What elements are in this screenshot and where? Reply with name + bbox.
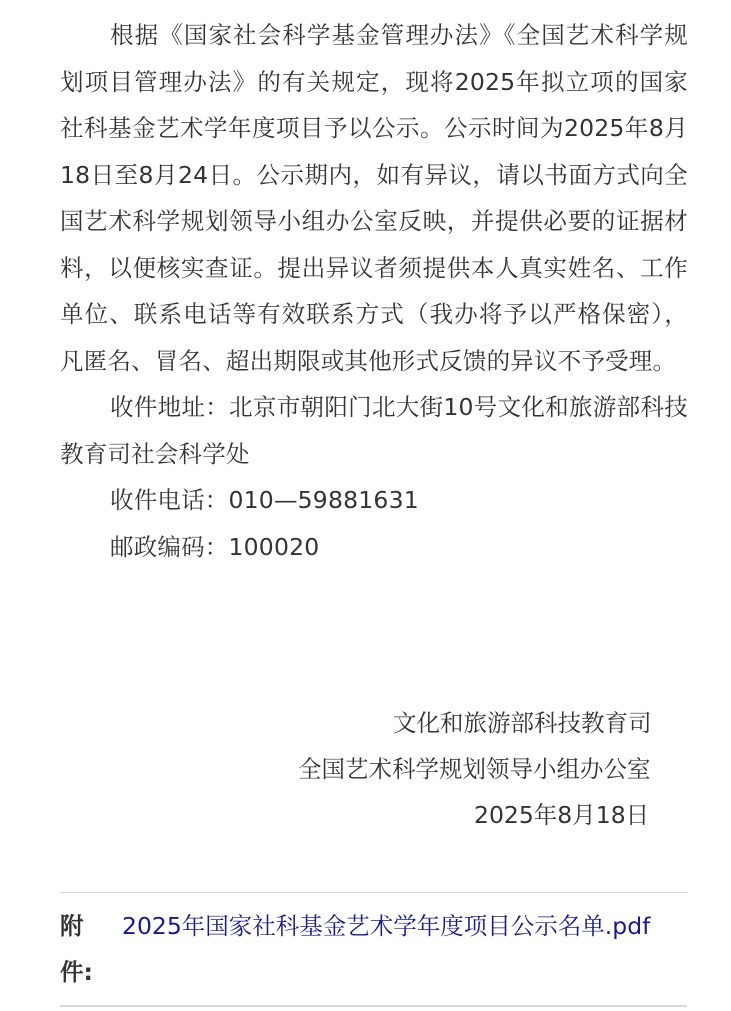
contact-phone: 收件电话：010—59881631 — [60, 477, 688, 524]
main-paragraph: 根据《国家社会科学基金管理办法》《全国艺术科学规划项目管理办法》的有关规定，现将… — [60, 12, 688, 384]
signature-department: 文化和旅游部科技教育司 — [393, 700, 652, 746]
announcement-body: 根据《国家社会科学基金管理办法》《全国艺术科学规划项目管理办法》的有关规定，现将… — [60, 12, 688, 570]
postal-code: 邮政编码：100020 — [60, 524, 688, 571]
signature-date: 2025年8月18日 — [474, 792, 649, 838]
signature-office: 全国艺术科学规划领导小组办公室 — [298, 746, 651, 792]
attachment-label: 附件: — [60, 903, 100, 995]
attachment-divider-top — [60, 892, 687, 893]
attachment-divider-bottom — [60, 1005, 687, 1007]
mailing-address: 收件地址：北京市朝阳门北大街10号文化和旅游部科技教育司社会科学处 — [60, 384, 688, 477]
attachment-pdf-link[interactable]: 2025年国家社科基金艺术学年度项目公示名单.pdf — [122, 903, 650, 949]
